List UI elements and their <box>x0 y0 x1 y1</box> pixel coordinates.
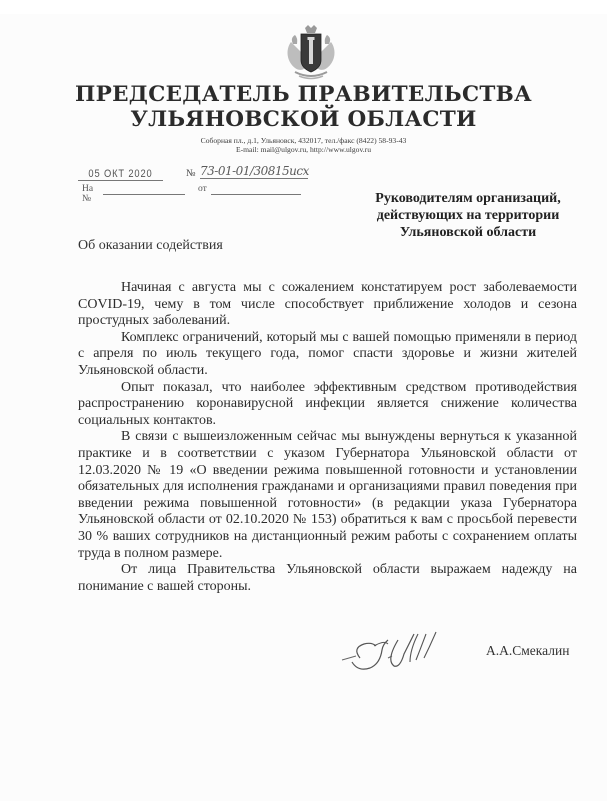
letter-subject: Об оказании содействия <box>78 238 223 254</box>
registration-date: 05 ОКТ 2020 <box>78 168 163 181</box>
letterhead-title-line2: УЛЬЯНОВСКОЙ ОБЛАСТИ <box>0 107 607 132</box>
recipient-line: Ульяновской области <box>362 224 574 241</box>
body-paragraph: Начиная с августа мы с сожалением конста… <box>78 280 577 330</box>
signature-icon <box>338 622 458 682</box>
letterhead-title-line1: ПРЕДСЕДАТЕЛЬ ПРАВИТЕЛЬСТВА <box>0 82 607 107</box>
signer-name: А.А.Смекалин <box>486 643 569 659</box>
body-paragraph: От лица Правительства Ульяновской област… <box>78 562 577 595</box>
recipient-line: действующих на территории <box>362 207 574 224</box>
top-strip <box>0 0 607 14</box>
letterhead-contacts: Соборная пл., д.1, Ульяновск, 432017, те… <box>0 136 607 154</box>
body-paragraph: Опыт показал, что наиболее эффективным с… <box>78 380 577 430</box>
recipient-line: Руководителям организаций, <box>362 190 574 207</box>
registration-number: 73-01-01/30815исх <box>200 164 308 179</box>
reference-date-blank <box>211 194 301 195</box>
coat-of-arms-icon <box>285 24 337 80</box>
reference-date-label: от <box>198 184 207 194</box>
registration-number-label: № <box>186 168 196 179</box>
body-paragraph: Комплекс ограничений, который мы с вашей… <box>78 330 577 380</box>
reference-number-label: На № <box>82 184 93 204</box>
letter-body: Начиная с августа мы с сожалением конста… <box>78 280 577 595</box>
body-paragraph: В связи с вышеизложенным сейчас мы вынуж… <box>78 429 577 562</box>
letterhead-address: Соборная пл., д.1, Ульяновск, 432017, те… <box>0 136 607 145</box>
letterhead-email-web: E-mail: mail@ulgov.ru, http://www.ulgov.… <box>0 145 607 154</box>
reference-number-blank <box>103 194 185 195</box>
recipient-block: Руководителям организаций, действующих н… <box>362 190 574 241</box>
